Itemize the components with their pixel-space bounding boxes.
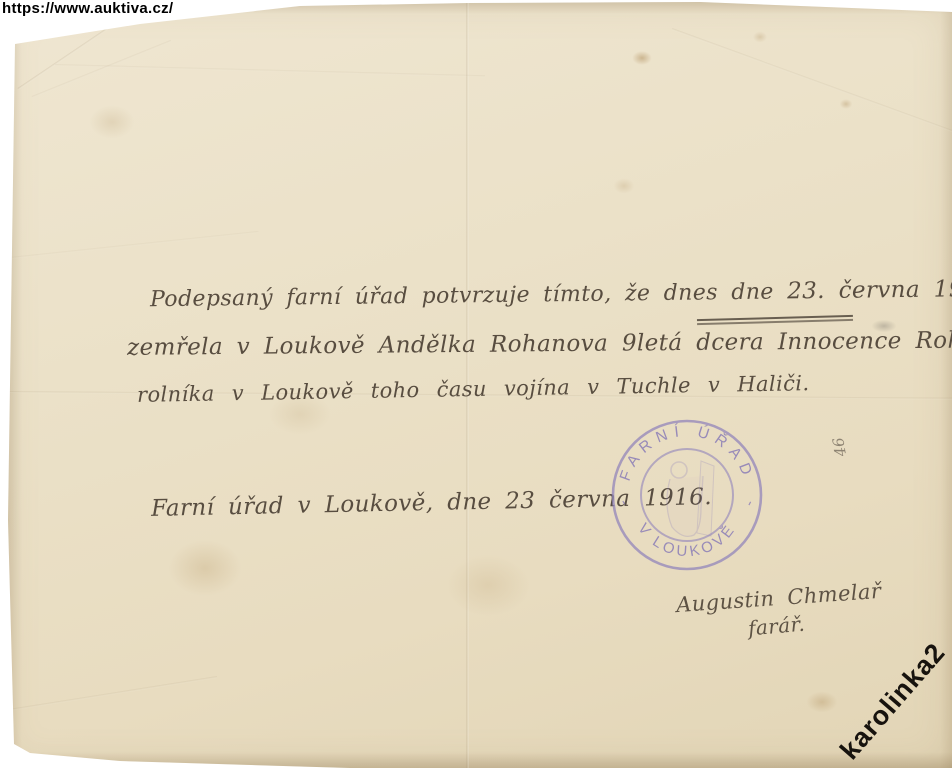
signature-name: Augustin Chmelař — [675, 579, 882, 617]
seal-arc-top-text: FARNÍ ÚŘAD — [617, 423, 758, 483]
seal-separator-right: - — [741, 497, 758, 509]
line1-text: Podepsaný farní úřad potvrzuje tímto, že… — [150, 279, 787, 312]
source-url-overlay: https://www.auktiva.cz/ — [2, 0, 173, 17]
seal-saint-figure — [667, 461, 714, 536]
parish-seal-stamp: FARNÍ ÚŘAD V LOUKOVĚ - - — [607, 415, 767, 575]
scanned-document-page: Podepsaný farní úřad potvrzuje tímto, že… — [0, 0, 952, 768]
death-date-text: 23. června 1916. — [787, 276, 952, 305]
paper-crease-bottom-left — [0, 676, 217, 714]
handwritten-line-1: Podepsaný farní úřad potvrzuje tímto, že… — [150, 276, 952, 312]
seal-separator-left: - — [616, 496, 633, 508]
handwritten-line-3: rolníka v Loukově toho času vojína v Tuc… — [137, 371, 810, 407]
paper-crease-top-left — [32, 40, 172, 98]
paper-crease-top-right — [672, 28, 952, 132]
signature-title: farář. — [747, 612, 806, 641]
pencil-note: 46 — [829, 436, 850, 458]
paper-crease-left-mid — [0, 231, 259, 260]
paper-sheet: Podepsaný farní úřad potvrzuje tímto, že… — [0, 0, 952, 768]
handwritten-line-2: zemřela v Loukově Andělka Rohanova 9letá… — [127, 327, 952, 361]
paper-crease-upper — [55, 64, 485, 77]
paper-crease-corner-fold — [17, 28, 108, 90]
date-double-underline — [697, 315, 853, 325]
